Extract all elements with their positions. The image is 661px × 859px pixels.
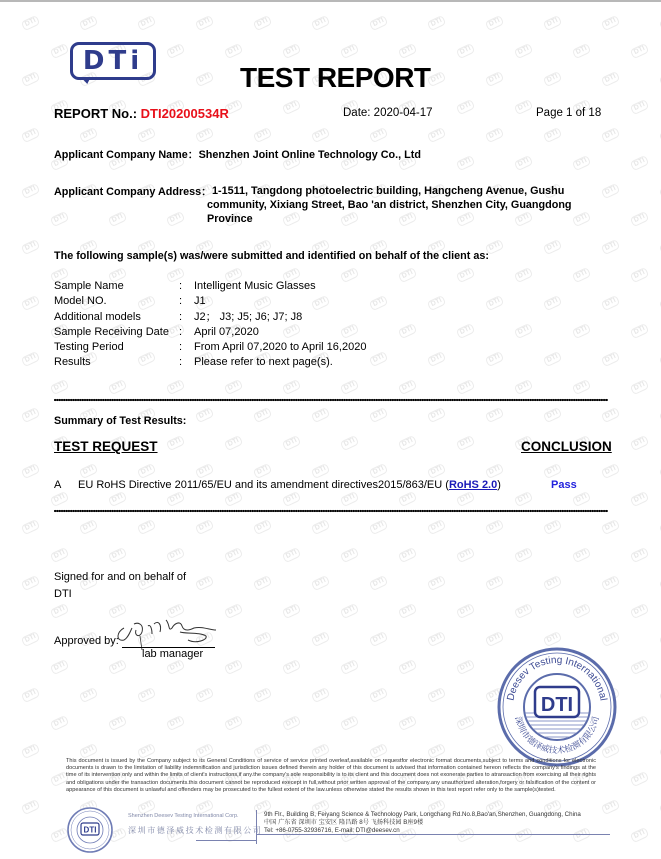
watermark-mark: DTI bbox=[572, 43, 592, 59]
report-number-value: DTI20200534R bbox=[141, 106, 229, 121]
watermark-mark: DTI bbox=[253, 407, 273, 423]
watermark-mark: DTI bbox=[427, 127, 447, 143]
watermark-mark: DTI bbox=[427, 519, 447, 535]
watermark-mark: DTI bbox=[485, 351, 505, 367]
watermark-mark: DTI bbox=[456, 435, 476, 451]
watermark-mark: DTI bbox=[427, 295, 447, 311]
request-description: EU RoHS Directive 2011/65/EU and its ame… bbox=[78, 479, 501, 491]
watermark-mark: DTI bbox=[369, 351, 389, 367]
watermark-mark: DTI bbox=[79, 463, 99, 479]
watermark-mark: DTI bbox=[21, 15, 41, 31]
watermark-mark: DTI bbox=[630, 827, 650, 843]
footer-divider-left bbox=[196, 840, 256, 841]
watermark-mark: DTI bbox=[137, 743, 157, 759]
watermark-mark: DTI bbox=[108, 715, 128, 731]
watermark-mark: DTI bbox=[543, 351, 563, 367]
watermark-mark: DTI bbox=[572, 379, 592, 395]
applicant-address-value: 1-1511, Tangdong photoelectric building,… bbox=[207, 184, 587, 226]
watermark-mark: DTI bbox=[630, 267, 650, 283]
watermark-mark: DTI bbox=[485, 407, 505, 423]
info-separator: : bbox=[179, 340, 194, 355]
watermark-mark: DTI bbox=[398, 267, 418, 283]
watermark-mark: DTI bbox=[630, 435, 650, 451]
watermark-mark: DTI bbox=[224, 379, 244, 395]
watermark-mark: DTI bbox=[195, 687, 215, 703]
watermark-mark: DTI bbox=[166, 715, 186, 731]
watermark-mark: DTI bbox=[311, 519, 331, 535]
test-request-heading: TEST REQUEST bbox=[54, 439, 158, 454]
watermark-mark: DTI bbox=[282, 603, 302, 619]
page-top-border bbox=[0, 0, 661, 2]
watermark-mark: DTI bbox=[514, 267, 534, 283]
applicant-address-label: Applicant Company Address： bbox=[54, 184, 212, 199]
watermark-mark: DTI bbox=[50, 43, 70, 59]
watermark-mark: DTI bbox=[456, 267, 476, 283]
watermark-mark: DTI bbox=[369, 295, 389, 311]
watermark-mark: DTI bbox=[21, 463, 41, 479]
watermark-mark: DTI bbox=[369, 463, 389, 479]
watermark-mark: DTI bbox=[340, 43, 360, 59]
footer-company-en: Shenzhen Deesev Testing International Co… bbox=[128, 813, 239, 819]
watermark-mark: DTI bbox=[630, 659, 650, 675]
info-value: Please refer to next page(s). bbox=[194, 355, 333, 370]
watermark-mark: DTI bbox=[601, 239, 621, 255]
watermark-mark: DTI bbox=[50, 211, 70, 227]
watermark-mark: DTI bbox=[514, 99, 534, 115]
request-text-end: ) bbox=[497, 479, 501, 491]
watermark-mark: DTI bbox=[311, 631, 331, 647]
watermark-mark: DTI bbox=[630, 323, 650, 339]
watermark-mark: DTI bbox=[108, 491, 128, 507]
watermark-mark: DTI bbox=[398, 547, 418, 563]
watermark-mark: DTI bbox=[311, 743, 331, 759]
applicant-company-name: Applicant Company Name：Shenzhen Joint On… bbox=[54, 147, 421, 162]
footer-seal-logo: DTI bbox=[66, 806, 114, 854]
watermark-mark: DTI bbox=[50, 715, 70, 731]
watermark-mark: DTI bbox=[79, 687, 99, 703]
watermark-mark: DTI bbox=[630, 155, 650, 171]
watermark-mark: DTI bbox=[224, 435, 244, 451]
info-key: Results bbox=[54, 355, 179, 370]
summary-title: Summary of Test Results: bbox=[54, 415, 186, 427]
watermark-mark: DTI bbox=[253, 127, 273, 143]
watermark-mark: DTI bbox=[514, 603, 534, 619]
watermark-mark: DTI bbox=[485, 295, 505, 311]
signature-image bbox=[110, 610, 220, 650]
watermark-mark: DTI bbox=[630, 379, 650, 395]
address-line: community, Xixiang Street, Bao 'an distr… bbox=[207, 198, 587, 212]
watermark-mark: DTI bbox=[398, 603, 418, 619]
watermark-mark: DTI bbox=[282, 43, 302, 59]
watermark-mark: DTI bbox=[21, 519, 41, 535]
info-value: J2； J3; J5; J6; J7; J8 bbox=[194, 310, 302, 325]
watermark-mark: DTI bbox=[369, 127, 389, 143]
logo-text: DTi bbox=[83, 46, 143, 76]
info-key: Model NO. bbox=[54, 294, 179, 309]
star-divider-top bbox=[54, 398, 608, 403]
watermark-mark: DTI bbox=[369, 687, 389, 703]
watermark-mark: DTI bbox=[572, 547, 592, 563]
footer-logo-text: DTI bbox=[84, 826, 97, 835]
watermark-mark: DTI bbox=[630, 547, 650, 563]
info-value: From April 07,2020 to April 16,2020 bbox=[194, 340, 366, 355]
watermark-mark: DTI bbox=[456, 659, 476, 675]
sample-info-table: Sample Name:Intelligent Music Glasses Mo… bbox=[54, 279, 366, 371]
watermark-mark: DTI bbox=[137, 127, 157, 143]
watermark-mark: DTI bbox=[79, 15, 99, 31]
watermark-mark: DTI bbox=[427, 743, 447, 759]
watermark-mark: DTI bbox=[485, 575, 505, 591]
watermark-mark: DTI bbox=[137, 463, 157, 479]
watermark-mark: DTI bbox=[195, 127, 215, 143]
info-row: Sample Receiving Date:April 07,2020 bbox=[54, 325, 366, 340]
watermark-mark: DTI bbox=[369, 575, 389, 591]
watermark-mark: DTI bbox=[427, 687, 447, 703]
watermark-mark: DTI bbox=[601, 799, 621, 815]
watermark-mark: DTI bbox=[21, 743, 41, 759]
watermark-mark: DTI bbox=[21, 575, 41, 591]
watermark-mark: DTI bbox=[572, 155, 592, 171]
watermark-mark: DTI bbox=[311, 407, 331, 423]
watermark-mark: DTI bbox=[195, 463, 215, 479]
watermark-mark: DTI bbox=[485, 463, 505, 479]
watermark-mark: DTI bbox=[630, 43, 650, 59]
watermark-mark: DTI bbox=[21, 351, 41, 367]
info-separator: : bbox=[179, 310, 194, 325]
watermark-mark: DTI bbox=[514, 155, 534, 171]
watermark-mark: DTI bbox=[543, 407, 563, 423]
watermark-mark: DTI bbox=[224, 43, 244, 59]
stamp-center-text: DTI bbox=[541, 694, 573, 716]
address-line: Province bbox=[207, 212, 587, 226]
watermark-mark: DTI bbox=[427, 15, 447, 31]
signer-role: lab manager bbox=[142, 648, 203, 660]
watermark-mark: DTI bbox=[282, 435, 302, 451]
watermark-mark: DTI bbox=[398, 43, 418, 59]
watermark-mark: DTI bbox=[282, 491, 302, 507]
watermark-mark: DTI bbox=[456, 323, 476, 339]
watermark-mark: DTI bbox=[427, 575, 447, 591]
watermark-mark: DTI bbox=[485, 127, 505, 143]
watermark-mark: DTI bbox=[195, 407, 215, 423]
info-value: J1 bbox=[194, 294, 206, 309]
watermark-mark: DTI bbox=[282, 379, 302, 395]
watermark-mark: DTI bbox=[282, 659, 302, 675]
watermark-mark: DTI bbox=[398, 379, 418, 395]
watermark-mark: DTI bbox=[21, 127, 41, 143]
watermark-mark: DTI bbox=[543, 463, 563, 479]
watermark-mark: DTI bbox=[630, 771, 650, 787]
watermark-mark: DTI bbox=[21, 183, 41, 199]
watermark-mark: DTI bbox=[398, 715, 418, 731]
signed-company: DTI bbox=[54, 586, 186, 603]
watermark-mark: DTI bbox=[514, 323, 534, 339]
info-value: Intelligent Music Glasses bbox=[194, 279, 316, 294]
watermark-mark: DTI bbox=[21, 71, 41, 87]
watermark-mark: DTI bbox=[21, 631, 41, 647]
watermark-mark: DTI bbox=[601, 15, 621, 31]
watermark-mark: DTI bbox=[427, 463, 447, 479]
watermark-mark: DTI bbox=[340, 603, 360, 619]
watermark-mark: DTI bbox=[630, 603, 650, 619]
info-row: Model NO.:J1 bbox=[54, 294, 366, 309]
page-indicator: Page 1 of 18 bbox=[536, 107, 601, 119]
watermark-mark: DTI bbox=[21, 799, 41, 815]
logo-speech-tail bbox=[81, 77, 94, 84]
watermark-mark: DTI bbox=[514, 379, 534, 395]
watermark-mark: DTI bbox=[572, 267, 592, 283]
info-separator: : bbox=[179, 355, 194, 370]
watermark-mark: DTI bbox=[21, 239, 41, 255]
watermark-mark: DTI bbox=[543, 295, 563, 311]
watermark-mark: DTI bbox=[369, 15, 389, 31]
info-key: Sample Name bbox=[54, 279, 179, 294]
watermark-mark: DTI bbox=[224, 659, 244, 675]
watermark-mark: DTI bbox=[456, 43, 476, 59]
watermark-mark: DTI bbox=[311, 15, 331, 31]
watermark-mark: DTI bbox=[311, 575, 331, 591]
footer-address: 9th Flr., Building B, Feiyang Science & … bbox=[264, 811, 581, 835]
watermark-mark: DTI bbox=[108, 547, 128, 563]
watermark-mark: DTI bbox=[601, 351, 621, 367]
watermark-mark: DTI bbox=[340, 659, 360, 675]
watermark-mark: DTI bbox=[50, 603, 70, 619]
watermark-mark: DTI bbox=[311, 127, 331, 143]
watermark-mark: DTI bbox=[456, 715, 476, 731]
watermark-mark: DTI bbox=[340, 715, 360, 731]
watermark-mark: DTI bbox=[195, 743, 215, 759]
watermark-mark: DTI bbox=[50, 659, 70, 675]
watermark-mark: DTI bbox=[398, 435, 418, 451]
sample-intro: The following sample(s) was/were submitt… bbox=[54, 250, 489, 262]
watermark-mark: DTI bbox=[166, 547, 186, 563]
watermark-mark: DTI bbox=[282, 715, 302, 731]
info-separator: : bbox=[179, 325, 194, 340]
info-row: Additional models:J2； J3; J5; J6; J7; J8 bbox=[54, 310, 366, 325]
watermark-mark: DTI bbox=[166, 379, 186, 395]
watermark-mark: DTI bbox=[50, 547, 70, 563]
approved-by-label: Approved by: bbox=[54, 635, 119, 647]
watermark-mark: DTI bbox=[630, 99, 650, 115]
watermark-mark: DTI bbox=[601, 71, 621, 87]
watermark-mark: DTI bbox=[601, 575, 621, 591]
footer-divider-vertical bbox=[256, 810, 257, 844]
watermark-mark: DTI bbox=[195, 71, 215, 87]
watermark-mark: DTI bbox=[224, 715, 244, 731]
address-line: 1-1511, Tangdong photoelectric building,… bbox=[212, 184, 587, 198]
watermark-mark: DTI bbox=[137, 15, 157, 31]
info-value: April 07,2020 bbox=[194, 325, 259, 340]
watermark-mark: DTI bbox=[485, 71, 505, 87]
watermark-mark: DTI bbox=[630, 491, 650, 507]
watermark-mark: DTI bbox=[137, 519, 157, 535]
watermark-mark: DTI bbox=[340, 379, 360, 395]
watermark-mark: DTI bbox=[224, 547, 244, 563]
watermark-mark: DTI bbox=[543, 127, 563, 143]
watermark-mark: DTI bbox=[166, 435, 186, 451]
report-number-label: REPORT No.: bbox=[54, 106, 141, 121]
watermark-mark: DTI bbox=[166, 659, 186, 675]
watermark-mark: DTI bbox=[543, 71, 563, 87]
watermark-mark: DTI bbox=[195, 519, 215, 535]
watermark-mark: DTI bbox=[253, 463, 273, 479]
watermark-mark: DTI bbox=[456, 379, 476, 395]
company-seal-stamp: DTI Deesev Testing International 深圳市德泽威技… bbox=[495, 645, 619, 769]
watermark-mark: DTI bbox=[108, 659, 128, 675]
watermark-mark: DTI bbox=[253, 687, 273, 703]
signed-on-behalf: Signed for and on behalf of DTI bbox=[54, 569, 186, 603]
watermark-mark: DTI bbox=[311, 463, 331, 479]
watermark-mark: DTI bbox=[166, 491, 186, 507]
info-key: Additional models bbox=[54, 310, 179, 325]
report-date: Date: 2020-04-17 bbox=[343, 107, 433, 119]
watermark-mark: DTI bbox=[572, 603, 592, 619]
info-key: Sample Receiving Date bbox=[54, 325, 179, 340]
watermark-mark: DTI bbox=[369, 519, 389, 535]
watermark-mark: DTI bbox=[601, 407, 621, 423]
conclusion-heading: CONCLUSION bbox=[521, 439, 612, 454]
watermark-mark: DTI bbox=[108, 379, 128, 395]
watermark-mark: DTI bbox=[79, 743, 99, 759]
request-text: EU RoHS Directive 2011/65/EU and its ame… bbox=[78, 479, 449, 491]
watermark-mark: DTI bbox=[311, 687, 331, 703]
watermark-mark: DTI bbox=[572, 491, 592, 507]
signed-line: Signed for and on behalf of bbox=[54, 569, 186, 586]
footer-address-en: 9th Flr., Building B, Feiyang Science & … bbox=[264, 811, 581, 819]
watermark-mark: DTI bbox=[456, 603, 476, 619]
watermark-mark: DTI bbox=[601, 463, 621, 479]
watermark-mark: DTI bbox=[514, 491, 534, 507]
watermark-mark: DTI bbox=[108, 211, 128, 227]
watermark-mark: DTI bbox=[427, 407, 447, 423]
legal-disclaimer: This document is issued by the Company s… bbox=[66, 758, 596, 794]
watermark-mark: DTI bbox=[340, 435, 360, 451]
watermark-mark: DTI bbox=[253, 631, 273, 647]
watermark-mark: DTI bbox=[456, 155, 476, 171]
watermark-mark: DTI bbox=[253, 575, 273, 591]
watermark-mark: DTI bbox=[253, 743, 273, 759]
watermark-mark: DTI bbox=[79, 519, 99, 535]
watermark-mark: DTI bbox=[369, 407, 389, 423]
watermark-mark: DTI bbox=[601, 519, 621, 535]
watermark-mark: DTI bbox=[224, 603, 244, 619]
watermark-mark: DTI bbox=[253, 519, 273, 535]
watermark-mark: DTI bbox=[50, 379, 70, 395]
watermark-mark: DTI bbox=[166, 211, 186, 227]
watermark-mark: DTI bbox=[398, 323, 418, 339]
watermark-mark: DTI bbox=[572, 323, 592, 339]
watermark-mark: DTI bbox=[340, 547, 360, 563]
conclusion-pass: Pass bbox=[551, 479, 577, 491]
watermark-mark: DTI bbox=[369, 631, 389, 647]
info-row: Results:Please refer to next page(s). bbox=[54, 355, 366, 370]
watermark-mark: DTI bbox=[282, 547, 302, 563]
dti-logo: DTi bbox=[70, 42, 156, 80]
watermark-mark: DTI bbox=[398, 659, 418, 675]
page-title: TEST REPORT bbox=[240, 62, 431, 94]
footer-address-cn: 中国 广东省 深圳市 宝安区 隆昌路 8号 飞扬科技园 B座9楼 bbox=[264, 819, 581, 827]
watermark-mark: DTI bbox=[427, 351, 447, 367]
watermark-mark: DTI bbox=[543, 575, 563, 591]
watermark-mark: DTI bbox=[79, 127, 99, 143]
watermark-mark: DTI bbox=[195, 575, 215, 591]
footer-company-cn: 深圳市德泽威技术检测有限公司 bbox=[128, 825, 262, 836]
watermark-mark: DTI bbox=[253, 15, 273, 31]
info-separator: : bbox=[179, 279, 194, 294]
watermark-mark: DTI bbox=[601, 295, 621, 311]
watermark-mark: DTI bbox=[21, 407, 41, 423]
watermark-mark: DTI bbox=[427, 631, 447, 647]
request-id: A bbox=[54, 479, 61, 491]
watermark-mark: DTI bbox=[485, 519, 505, 535]
watermark-mark: DTI bbox=[369, 743, 389, 759]
watermark-mark: DTI bbox=[195, 15, 215, 31]
watermark-mark: DTI bbox=[514, 43, 534, 59]
watermark-mark: DTI bbox=[630, 715, 650, 731]
watermark-mark: DTI bbox=[543, 15, 563, 31]
footer-contact: Tel: +86-0755-32936716, E-mail: DTI@dees… bbox=[264, 827, 581, 835]
watermark-mark: DTI bbox=[456, 491, 476, 507]
watermark-mark: DTI bbox=[50, 491, 70, 507]
info-row: Sample Name:Intelligent Music Glasses bbox=[54, 279, 366, 294]
info-key: Testing Period bbox=[54, 340, 179, 355]
watermark-mark: DTI bbox=[282, 99, 302, 115]
watermark-mark: DTI bbox=[21, 687, 41, 703]
watermark-mark: DTI bbox=[543, 239, 563, 255]
report-number: REPORT No.: DTI20200534R bbox=[54, 106, 229, 121]
watermark-mark: DTI bbox=[514, 547, 534, 563]
watermark-mark: DTI bbox=[601, 127, 621, 143]
watermark-mark: DTI bbox=[543, 519, 563, 535]
watermark-mark: DTI bbox=[630, 211, 650, 227]
star-divider-bottom bbox=[54, 509, 608, 514]
watermark-mark: DTI bbox=[166, 43, 186, 59]
watermark-mark: DTI bbox=[340, 491, 360, 507]
watermark-mark: DTI bbox=[456, 547, 476, 563]
watermark-mark: DTI bbox=[137, 687, 157, 703]
watermark-mark: DTI bbox=[601, 183, 621, 199]
watermark-mark: DTI bbox=[398, 491, 418, 507]
info-separator: : bbox=[179, 294, 194, 309]
info-row: Testing Period:From April 07,2020 to Apr… bbox=[54, 340, 366, 355]
watermark-mark: DTI bbox=[485, 15, 505, 31]
watermark-mark: DTI bbox=[456, 99, 476, 115]
rohs-link[interactable]: RoHS 2.0 bbox=[449, 479, 497, 491]
watermark-mark: DTI bbox=[21, 295, 41, 311]
watermark-mark: DTI bbox=[224, 491, 244, 507]
